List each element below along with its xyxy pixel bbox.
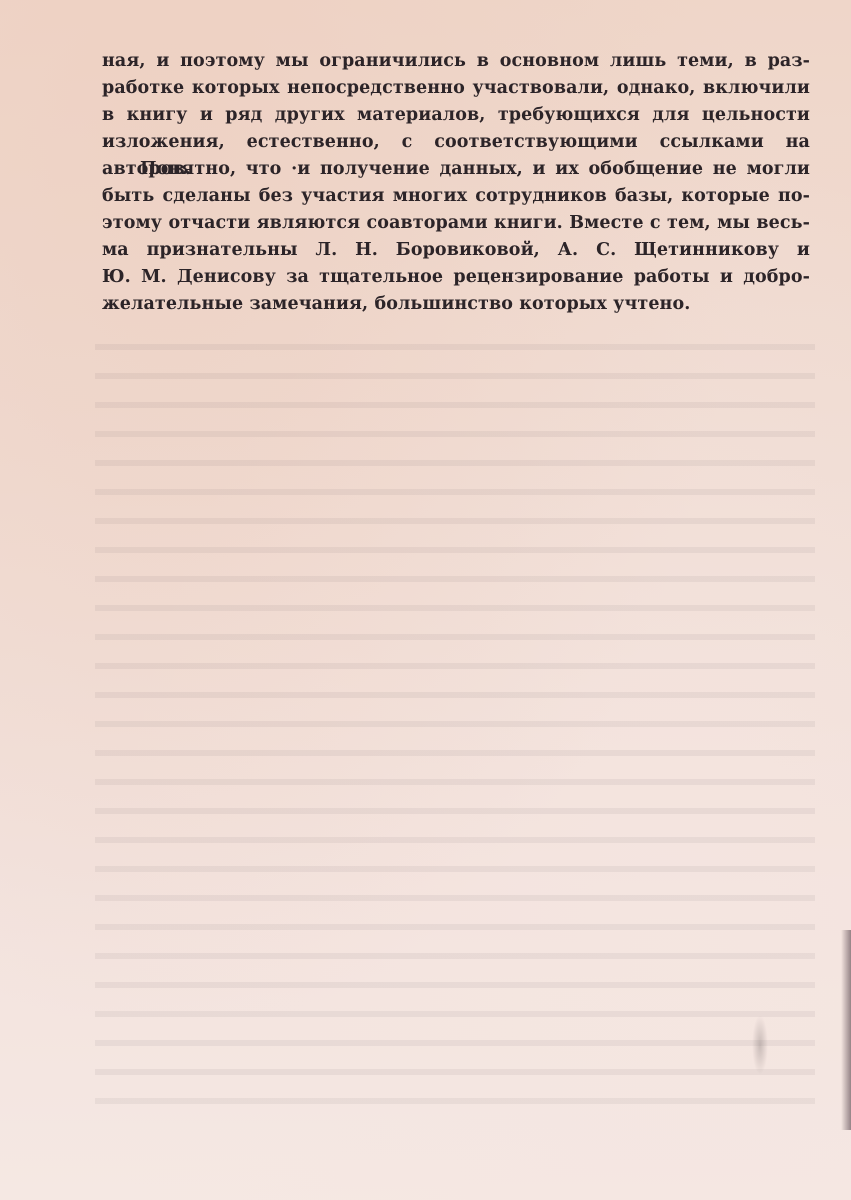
text-line: работке которых непосредственно участвов… (102, 75, 810, 102)
text-line: ма признательны Л. Н. Боровиковой, А. С.… (102, 237, 810, 264)
text-line: желательные замечания, большинство котор… (102, 291, 810, 318)
text-line: быть сделаны без участия многих сотрудни… (102, 183, 810, 210)
text-line: Ю. М. Денисову за тщательное рецензирова… (102, 264, 810, 291)
paragraph-1: ная, и поэтому мы ограничились в основно… (102, 48, 810, 156)
text-line: Понятно, что ·и получение данных, и их о… (102, 156, 810, 183)
text-line: изложения, естественно, с соответствующи… (102, 129, 810, 156)
text-line: ная, и поэтому мы ограничились в основно… (102, 48, 810, 75)
page-edge-shadow (841, 930, 851, 1130)
text-line: этому отчасти являются соавторами книги.… (102, 210, 810, 237)
scanned-page: ная, и поэтому мы ограничились в основно… (0, 0, 851, 1200)
text-line: в книгу и ряд других материалов, требующ… (102, 102, 810, 129)
body-text: ная, и поэтому мы ограничились в основно… (102, 48, 810, 318)
ink-smudge (752, 1015, 768, 1075)
paragraph-2: Понятно, что ·и получение данных, и их о… (102, 156, 810, 318)
reverse-side-bleed-through (95, 330, 815, 1110)
